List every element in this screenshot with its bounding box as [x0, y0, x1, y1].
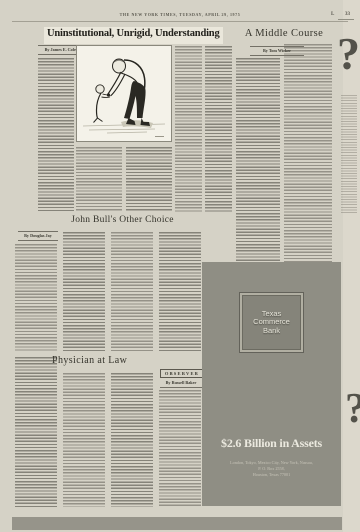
edge-ad-text-column — [341, 95, 357, 213]
body-text-column — [15, 244, 57, 352]
body-text-column — [236, 58, 280, 262]
body-text-column — [175, 46, 202, 212]
body-text-column — [63, 232, 105, 352]
edge-ad-glyph-top: ? — [337, 36, 360, 86]
observer-column-label: OBSERVER — [160, 369, 204, 378]
main-article-headline: Uninstitutional, Unrigid, Understanding — [44, 27, 223, 44]
body-text-column — [126, 147, 172, 212]
bank-ad-address-line: Houston, Texas 77001 — [202, 472, 341, 478]
bank-ad: Texas Commerce Bank $2.6 Billion in Asse… — [202, 262, 341, 506]
masthead-rule — [12, 21, 348, 22]
body-text-column — [15, 357, 57, 507]
body-text-column — [205, 46, 232, 212]
edge-ad-glyph-bottom: ? — [345, 392, 360, 462]
middle-course-headline: A Middle Course — [236, 28, 332, 39]
body-text-column — [111, 232, 153, 352]
body-text-column — [159, 390, 201, 507]
editorial-illustration — [76, 45, 172, 142]
page-number: 33 — [345, 12, 350, 17]
body-text-column — [63, 373, 105, 507]
masthead-dateline: THE NEW YORK TIMES, TUESDAY, APRIL 29, 1… — [0, 12, 360, 17]
bank-ad-address-line: London, Tokyo, Mexico City, New York, Na… — [202, 460, 341, 466]
section-marker: L — [331, 12, 334, 17]
bank-ad-headline: $2.6 Billion in Assets — [202, 436, 341, 451]
body-text-column — [76, 147, 122, 212]
body-text-column — [159, 232, 201, 352]
physician-headline: Physician at Law — [52, 355, 127, 366]
john-bull-headline: John Bull's Other Choice — [15, 215, 230, 225]
folio-rule — [338, 19, 354, 20]
plaque-line: Bank — [242, 327, 301, 336]
bank-plaque: Texas Commerce Bank — [240, 293, 303, 352]
john-bull-byline: By Douglas Jay — [18, 231, 58, 241]
body-text-column — [111, 373, 153, 507]
bottom-ad-strip — [12, 517, 342, 530]
body-text-column — [38, 58, 74, 212]
body-text-column — [284, 44, 332, 262]
newspaper-page: THE NEW YORK TIMES, TUESDAY, APRIL 29, 1… — [0, 0, 360, 532]
bank-ad-address-line: P. O. Box 2558, — [202, 466, 341, 472]
hand-holding-child-drawing — [77, 46, 171, 141]
physician-byline: By Russell Baker — [160, 379, 202, 388]
